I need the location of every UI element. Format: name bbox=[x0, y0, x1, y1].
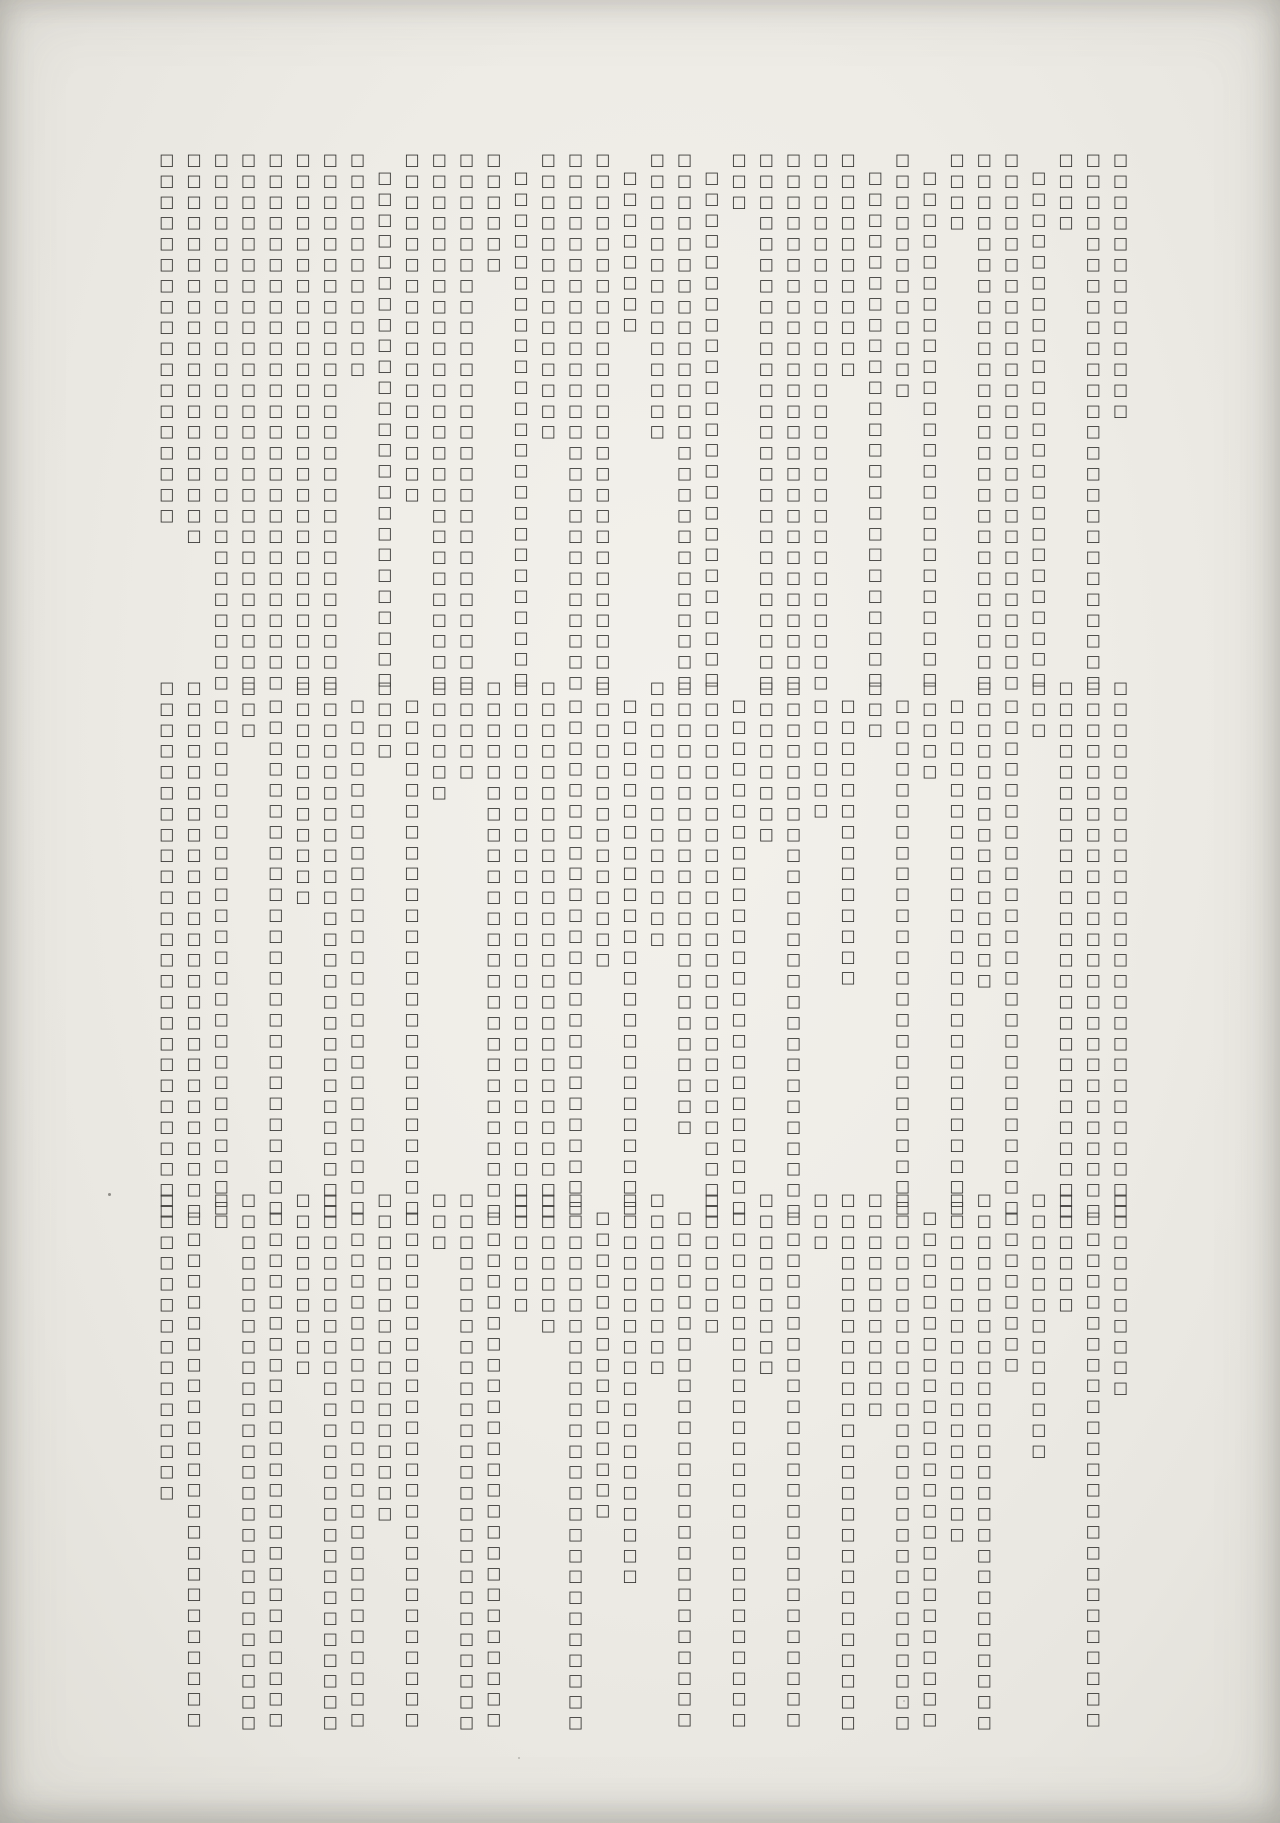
redacted-text-column: □□□□□□□□□□□□□□□□□□□□□□□□□ bbox=[889, 678, 916, 1148]
redacted-text-column: □□□ bbox=[807, 1190, 834, 1660]
redacted-text-column: □□□□□□□□ bbox=[998, 1190, 1025, 1660]
redacted-text-column: □□□□□□□□□□□□□□□□□□□□□□□□□ bbox=[262, 678, 289, 1148]
redacted-text-column: □□□□□□□□□□ bbox=[1107, 1190, 1134, 1660]
text-band-3: □□□□□□□□□□□□□□□□□□□□□□□□□□□□□□□□□□□□□□□□… bbox=[153, 1190, 1134, 1660]
redacted-text-column: □□□□□□□□ bbox=[616, 150, 643, 620]
scanned-page: □□□□□□□□□□□□□□□□□□□□□□□□□□□□□□□□□□□□□□□□… bbox=[0, 0, 1280, 1823]
redacted-text-column: □□□□□□□□□□□□□□□□□□□□□□□□□□ bbox=[507, 678, 534, 1148]
redacted-text-column: □□□□□□□□□□□□□□□□□□□□□□□□□□ bbox=[780, 150, 807, 620]
redacted-text-column: □□□□□□□□□□□□□□□ bbox=[153, 1190, 180, 1660]
redacted-text-column: □□□□□□□□□□□□□□ bbox=[535, 150, 562, 620]
redacted-text-column: □□□□□□□□□□□□□□□□□□□□□□□□□□ bbox=[480, 678, 507, 1148]
redacted-text-column: □□□□□□□□□□□□□□□□□□□□□□□□□ bbox=[398, 678, 425, 1148]
redacted-text-column: □□□□□ bbox=[916, 678, 943, 1148]
redacted-text-column: □□□□□□□□□□□□□□□□□□□□□□□□□ bbox=[1080, 1190, 1107, 1660]
redacted-text-column: □□□□□□□□□□□□□□□□□□□□□□□□□□ bbox=[562, 1190, 589, 1660]
redacted-text-column: □□□□□□ bbox=[480, 150, 507, 620]
redacted-text-column: □□□□□□□□□□□□□□□□□□□□□□□□□□ bbox=[289, 150, 316, 620]
redacted-text-column: □□□□□□□□□ bbox=[289, 1190, 316, 1660]
redacted-text-column: □□□□□□□□□□□□□□□□□□□□□□□□□ bbox=[208, 678, 235, 1148]
redacted-text-column: □□□□□□ bbox=[1052, 1190, 1079, 1660]
redacted-text-column: □□□□□□□□□□□□□□□□□□□□□□□□□□ bbox=[562, 150, 589, 620]
redacted-text-column: □□□□□□□□□ bbox=[644, 1190, 671, 1660]
redacted-text-column: □□□□□□□□□□□□□□□□□□□□□□□□□ bbox=[725, 1190, 752, 1660]
redacted-text-column: □□□□□□□□□□□□□□□□□□□□□□□□□ bbox=[943, 678, 970, 1148]
redacted-text-column: □□□□□□□□□□□□□□□ bbox=[971, 678, 998, 1148]
redacted-text-column: □□□□□□□□□□□□□□□□□□□□□□□□□ bbox=[344, 678, 371, 1148]
redacted-text-column: □□□ bbox=[426, 1190, 453, 1660]
redacted-text-column: □□□□□□□□□□□□□□□□□ bbox=[398, 150, 425, 620]
redacted-text-column: □□□□□□□□□□□□□ bbox=[644, 678, 671, 1148]
redacted-text-column: □□□□□□□□□□□□□□□□□□□□□□□□□ bbox=[671, 1190, 698, 1660]
redacted-text-column: □□□□□□ bbox=[807, 678, 834, 1148]
redacted-text-column: □□□□□□□□□□□□□□□□□□□□□□□□□ bbox=[507, 150, 534, 620]
redacted-text-column: □□□□□□□□□□□□□□□□□□□□□□□□□□ bbox=[998, 150, 1025, 620]
redacted-text-column: □□□□□□□□ bbox=[753, 678, 780, 1148]
redacted-text-column: □□□□□□□□□□□□□□□□□□□□□□□□□□ bbox=[153, 678, 180, 1148]
redacted-text-column: □□□□□□□□□□□□□□□□□□□□□□□□□ bbox=[725, 678, 752, 1148]
redacted-text-column: □□□□□□□□□□□□□□□□□□□□□□□□□□ bbox=[971, 150, 998, 620]
redacted-text-column: □□ bbox=[208, 1190, 235, 1660]
redacted-text-column: □□□□□□□□□□□□□□□□□□□□□□□□□□ bbox=[317, 1190, 344, 1660]
redacted-text-column: □□□□□□□□□□□□□□□□□□□□□□□□□ bbox=[371, 150, 398, 620]
redacted-text-column: □□□□□□□□□□□□□□□ bbox=[589, 1190, 616, 1660]
scan-speck bbox=[518, 1757, 520, 1759]
redacted-text-column: □□□□□□□□□□□□□□□□□□□□□□□□□ bbox=[698, 150, 725, 620]
redacted-text-column: □□□□□□□□□□□□□□□□□□□□□□□□□□ bbox=[235, 1190, 262, 1660]
redacted-text-column: □□□ bbox=[862, 678, 889, 1148]
redacted-text-column: □□□□□□□□□□□□□□□□□□□□□□□□□□ bbox=[180, 678, 207, 1148]
redacted-text-column: □□□□□□□□□□□□□□□□□□□□□□□□□ bbox=[1025, 150, 1052, 620]
redacted-text-column: □□□□□□□□□□□ bbox=[862, 1190, 889, 1660]
redacted-text-column: □□□ bbox=[235, 678, 262, 1148]
redacted-text-column: □□□□□□□□□□□□□□□□□□□□□□□□□□ bbox=[453, 1190, 480, 1660]
redacted-text-column: □□□□□□□□□□□□□□□□□□□□□□□□□□ bbox=[589, 150, 616, 620]
redacted-text-column: □□□□□□□□□□□□□□□□□□□□□□□□□□ bbox=[262, 150, 289, 620]
redacted-text-column: □□□□□□□□□□□□□□□□□□□□□□□□□□ bbox=[780, 678, 807, 1148]
redacted-text-column: □□□□□□□□□ bbox=[753, 1190, 780, 1660]
redacted-text-column: □□□□□□□□□□□ bbox=[344, 150, 371, 620]
redacted-text-column: □□□□□□□□□□□□□□□□□□ bbox=[153, 150, 180, 620]
redacted-text-column: □□□□ bbox=[371, 678, 398, 1148]
redacted-text-column: □□□□□□□□□□□□□ bbox=[1025, 1190, 1052, 1660]
redacted-text-column: □□□□□□□□□□□□□□□□□□□□□□□□□□ bbox=[453, 150, 480, 620]
redacted-text-column: □□□□□□□□□□□□□□□□□□□□□□□□□□ bbox=[753, 150, 780, 620]
redacted-text-column: □□□□□□□□□□□□□□□□□□□□□□□□□ bbox=[262, 1190, 289, 1660]
scan-speck bbox=[903, 1700, 905, 1702]
redacted-text-column: □□□□□□□□□□□ bbox=[834, 150, 861, 620]
redacted-text-column: □□□□□□□□□□□□□□□□□□□□□□□□□ bbox=[862, 150, 889, 620]
redacted-text-column: □□□□□□□□□□□□□ bbox=[1107, 150, 1134, 620]
redacted-text-column: □□□□□□□□□□□□□□□□ bbox=[371, 1190, 398, 1660]
redacted-text-column: □□□□□□□□□□□□□□□□□□□□□□□□□□ bbox=[317, 150, 344, 620]
redacted-text-column: □□□□□□□□□□□ bbox=[289, 678, 316, 1148]
redacted-text-column: □□□□□□□□□□□□□□□□□□□□□□□□□□ bbox=[807, 150, 834, 620]
redacted-text-column: □□□□□□□□□□□□□□□□□□□□□□□□□ bbox=[916, 1190, 943, 1660]
redacted-text-column: □□□□□□□□□□□□□□□□□□□□□□□□□□ bbox=[535, 678, 562, 1148]
redacted-text-column: □□□□□□□□□□□□□□□□□□□□□□ bbox=[671, 678, 698, 1148]
redacted-text-column: □□□ bbox=[1025, 678, 1052, 1148]
redacted-text-column: □□□□□□□□□□□□□□□□□□□ bbox=[616, 1190, 643, 1660]
redacted-text-column: □□□□□□□□□□□□□□□□□□□□□□□□□ bbox=[616, 678, 643, 1148]
redacted-text-column: □□□□□□□□□□□□□□□□□□□□□□□□□ bbox=[562, 678, 589, 1148]
redacted-text-column: □□□□□□□□□□□□□□□□□□□□□□□□□□ bbox=[671, 150, 698, 620]
redacted-text-column: □□□□ bbox=[943, 150, 970, 620]
redacted-text-column: □□□□□□□□□□□□□□□□□□□□□□□□□□ bbox=[1080, 150, 1107, 620]
redacted-text-column: □□□□□□□□□□□□□□□□□□□□□□□□□□ bbox=[1080, 678, 1107, 1148]
redacted-text-column: □□□□□□□□□□□□□□□□□□□□□□□□□□ bbox=[698, 678, 725, 1148]
text-band-1: □□□□□□□□□□□□□□□□□□□□□□□□□□□□□□□□□□□□□□□□… bbox=[153, 150, 1134, 620]
redacted-text-column: □□□□□ bbox=[453, 678, 480, 1148]
redacted-text-column: □□□□□□□□□□□□□□□□□□□ bbox=[180, 150, 207, 620]
redacted-text-column: □□□□□□□□□□□□□□□□□□□□□□□□□□ bbox=[889, 1190, 916, 1660]
redacted-text-column: □□□□□□□□□□□□□□ bbox=[644, 150, 671, 620]
scan-speck bbox=[108, 1193, 111, 1196]
redacted-text-column: □□□□□□□□□□□□□□□□□□□□□□□□□ bbox=[916, 150, 943, 620]
redacted-text-column: □□□□□□□□□□□□□□□□□□□□□□□□□□ bbox=[208, 150, 235, 620]
text-band-2: □□□□□□□□□□□□□□□□□□□□□□□□□□□□□□□□□□□□□□□□… bbox=[153, 678, 1134, 1148]
redacted-text-column: □□□□□□□□□□□□ bbox=[889, 150, 916, 620]
redacted-text-column: □□□□□□□□□□□□□□□□□□□□□□□□□□ bbox=[235, 150, 262, 620]
redacted-text-column: □□□□□□□□□□□□□□□□□ bbox=[943, 1190, 970, 1660]
redacted-text-column: □□□ bbox=[725, 150, 752, 620]
redacted-text-column: □□□□□□□□□□□□□□□□□□□□□□□□□ bbox=[180, 1190, 207, 1660]
redacted-text-column: □□□□□□□□□□□□□□□□□□□□□□□□□ bbox=[398, 1190, 425, 1660]
redacted-text-column: □□□□□□□□□□□□□□□□□□□□□□□□□ bbox=[998, 678, 1025, 1148]
redacted-text-column: □□□□□□□□□□□□□□□□□□□□□□□□□□ bbox=[971, 1190, 998, 1660]
redacted-text-column: □□□□□□□□□□□□□□□□□□□□□□□□□□ bbox=[1107, 678, 1134, 1148]
redacted-text-column: □□□□□□□□□□□□□□□□□□□□□□□□□□ bbox=[834, 1190, 861, 1660]
redacted-text-column: □□□□□□□□□□□□□□ bbox=[589, 678, 616, 1148]
redacted-text-column: □□□□□□□ bbox=[535, 1190, 562, 1660]
redacted-text-column: □□□□□□□□□□□□□□□□□□□□□□□□□□ bbox=[317, 678, 344, 1148]
redacted-text-column: □□□□□□ bbox=[426, 678, 453, 1148]
redacted-text-column: □□□□□□□□□□□□□□□□□□□□□□□□□□ bbox=[1052, 678, 1079, 1148]
redacted-text-column: □□□□□□□ bbox=[698, 1190, 725, 1660]
redacted-text-column: □□□□□□ bbox=[507, 1190, 534, 1660]
redacted-text-column: □□□□□□□□□□□□□□□□□□□□□□□□□ bbox=[344, 1190, 371, 1660]
redacted-text-column: □□□□ bbox=[1052, 150, 1079, 620]
redacted-text-column: □□□□□□□□□□□□□□□□□□□□□□□□□ bbox=[780, 1190, 807, 1660]
redacted-text-column: □□□□□□□□□□□□□□□□□□□□□□□□□□ bbox=[426, 150, 453, 620]
redacted-text-column: □□□□□□□□□□□□□□□□□□□□□□□□□ bbox=[480, 1190, 507, 1660]
redacted-text-column: □□□□□□□□□□□□□□ bbox=[834, 678, 861, 1148]
